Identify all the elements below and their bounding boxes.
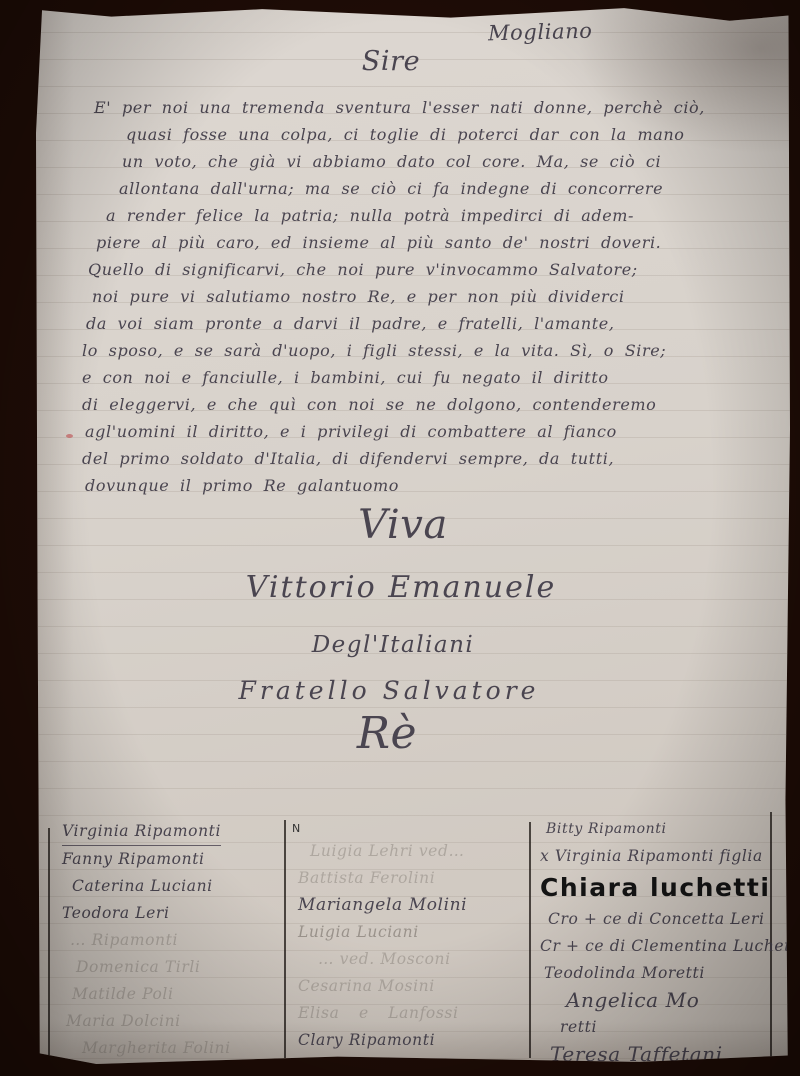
body-line: un voto, che già vi abbiamo dato col cor… xyxy=(122,148,705,175)
body-line: e con noi e fanciulle, i bambini, cui fu… xyxy=(82,364,705,391)
signature-column-right: Bitty Ripamonti x Virginia Ripamonti fig… xyxy=(540,816,800,1068)
body-line: noi pure vi salutiamo nostro Re, e per n… xyxy=(92,283,705,310)
signature: Cro + ce di Concetta Leri xyxy=(548,906,800,933)
body-line: del primo soldato d'Italia, di difenderv… xyxy=(82,445,705,472)
signature: Cr + ce di Clementina Luchetti xyxy=(540,933,800,960)
photo-of-manuscript: { "colors": { "background": "#1e0c06", "… xyxy=(0,0,800,1076)
body-line: agl'uomini il diritto, e i privilegi di … xyxy=(85,418,705,445)
signature: Bitty Ripamonti xyxy=(546,816,800,843)
signature: … ved. Mosconi xyxy=(318,946,467,973)
body-line: quasi fosse una colpa, ci toglie di pote… xyxy=(126,121,705,148)
of-italians-heading: Degl'Italiani xyxy=(16,632,770,658)
signature-column-left: Virginia Ripamonti Fanny Ripamonti Cater… xyxy=(62,818,231,1062)
body-line: E' per noi una tremenda sventura l'esser… xyxy=(94,94,705,121)
signature: Teodora Leri xyxy=(62,900,231,927)
king-flourish: Rè xyxy=(10,708,764,759)
signature: Elisa e Lanfossi xyxy=(298,1000,467,1027)
brother-savior-heading: Fratello Salvatore xyxy=(12,676,766,705)
signature: x Virginia Ripamonti figlia xyxy=(540,843,800,870)
signature: Cesarina Mosini xyxy=(298,973,467,1000)
salutation: Sire xyxy=(14,46,768,77)
signature: Teresa Taffetani xyxy=(550,1041,800,1068)
signature: Fanny Ripamonti xyxy=(62,846,231,873)
signature: Maria Dolcini xyxy=(66,1008,231,1035)
signature: retti xyxy=(560,1014,800,1041)
place-note: Mogliano xyxy=(488,19,593,46)
signature: Teodolinda Moretti xyxy=(544,960,800,987)
body-line: di eleggervi, e che quì con noi se ne do… xyxy=(82,391,705,418)
signature: Caterina Luciani xyxy=(72,873,231,900)
signature: Clary Ripamonti xyxy=(298,1027,467,1054)
viva-heading: Viva xyxy=(26,502,780,548)
paper-blemish xyxy=(66,434,73,438)
column-mark: N xyxy=(292,822,300,835)
column-divider xyxy=(284,820,286,1058)
body-line: da voi siam pronte a darvi il padre, e f… xyxy=(86,310,705,337)
manuscript-page: Mogliano Sire E' per noi una tremenda sv… xyxy=(36,6,790,1064)
signature: Virginia Ripamonti xyxy=(62,818,231,846)
body-line: Quello di significarvi, che noi pure v'i… xyxy=(88,256,705,283)
signature-column-middle: Luigia Lehri ved… Battista Ferolini Mari… xyxy=(298,838,467,1054)
signature: Battista Ferolini xyxy=(298,865,467,892)
body-line: lo sposo, e se sarà d'uopo, i figli stes… xyxy=(82,337,705,364)
signature: Margherita Folini xyxy=(82,1035,231,1062)
signature: … Ripamonti xyxy=(70,927,231,954)
letter-body: E' per noi una tremenda sventura l'esser… xyxy=(82,94,705,499)
column-divider xyxy=(48,828,50,1056)
king-name-heading: Vittorio Emanuele xyxy=(24,570,778,605)
body-line: allontana dall'urna; ma se ciò ci fa ind… xyxy=(119,175,705,202)
signature: Luigia Luciani xyxy=(298,919,467,946)
signature: Mariangela Molini xyxy=(298,892,467,919)
body-line: piere al più caro, ed insieme al più san… xyxy=(96,229,705,256)
signature: Matilde Poli xyxy=(72,981,231,1008)
signature: Angelica Mo xyxy=(566,987,800,1014)
body-line: a render felice la patria; nulla potrà i… xyxy=(106,202,705,229)
signature: Chiara luchetti xyxy=(540,870,800,906)
signature: Luigia Lehri ved… xyxy=(310,838,467,865)
body-line: dovunque il primo Re galantuomo xyxy=(85,472,705,499)
column-divider xyxy=(529,822,531,1058)
signature: Domenica Tirli xyxy=(76,954,231,981)
